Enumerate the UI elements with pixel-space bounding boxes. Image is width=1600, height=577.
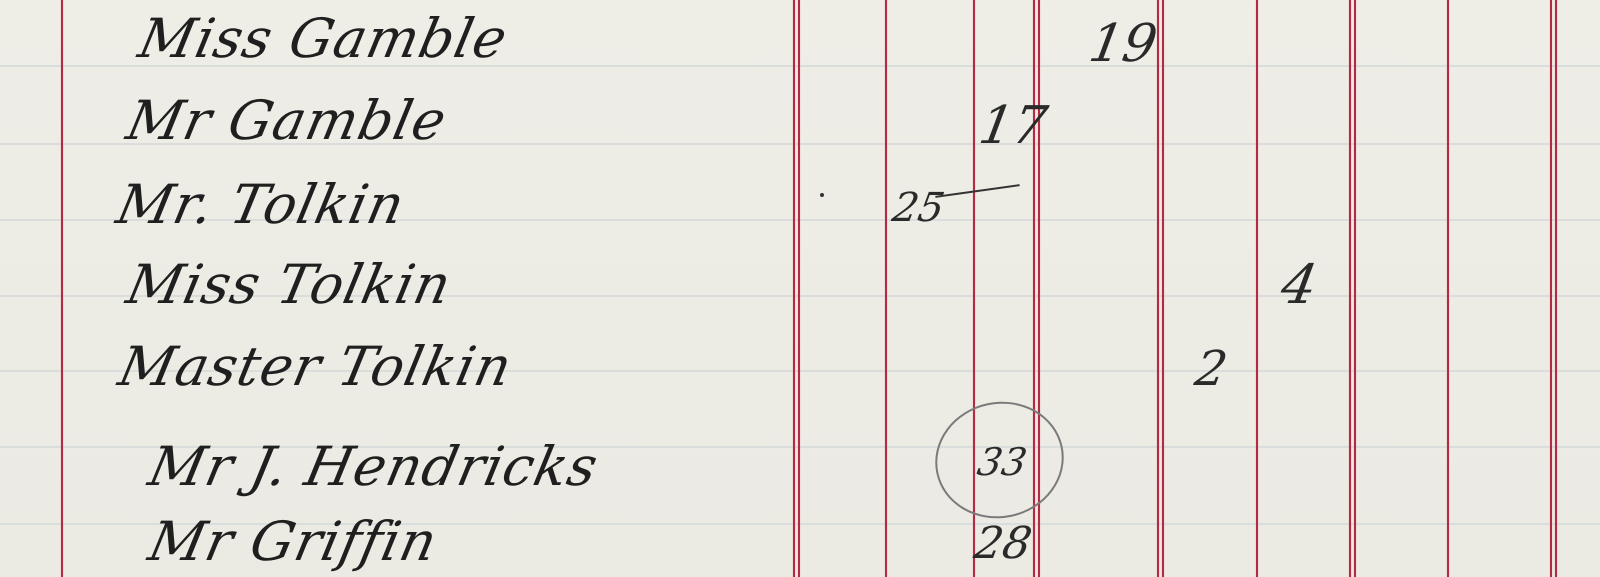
column-rule (1447, 0, 1449, 577)
entry-name: Miss Tolkin (122, 258, 456, 312)
ledger-page: Miss Gamble Mr Gamble Mr. Tolkin Miss To… (0, 0, 1600, 577)
entry-value: 25 (889, 188, 947, 228)
column-rule (793, 0, 795, 577)
margin-rule (61, 0, 63, 577)
entry-name: Master Tolkin (114, 340, 517, 394)
entry-name: Mr Griffin (144, 515, 442, 569)
column-rule (1349, 0, 1351, 577)
column-rule (1550, 0, 1552, 577)
ink-dot (820, 193, 824, 197)
strike-mark (935, 184, 1019, 198)
entry-name: Mr. Tolkin (112, 178, 409, 232)
entry-value: 19 (1085, 18, 1160, 70)
entry-value: 2 (1192, 345, 1231, 393)
entry-value: 4 (1277, 258, 1321, 312)
column-rule (885, 0, 887, 577)
entry-name: Miss Gamble (134, 12, 512, 66)
entry-name: Mr J. Hendricks (144, 440, 603, 494)
entry-value: 28 (971, 522, 1035, 566)
column-rule (1157, 0, 1159, 577)
column-rule (1256, 0, 1258, 577)
entry-name: Mr Gamble (122, 94, 451, 148)
entry-value: 17 (975, 100, 1050, 152)
entry-value-circled: 33 (975, 443, 1030, 481)
